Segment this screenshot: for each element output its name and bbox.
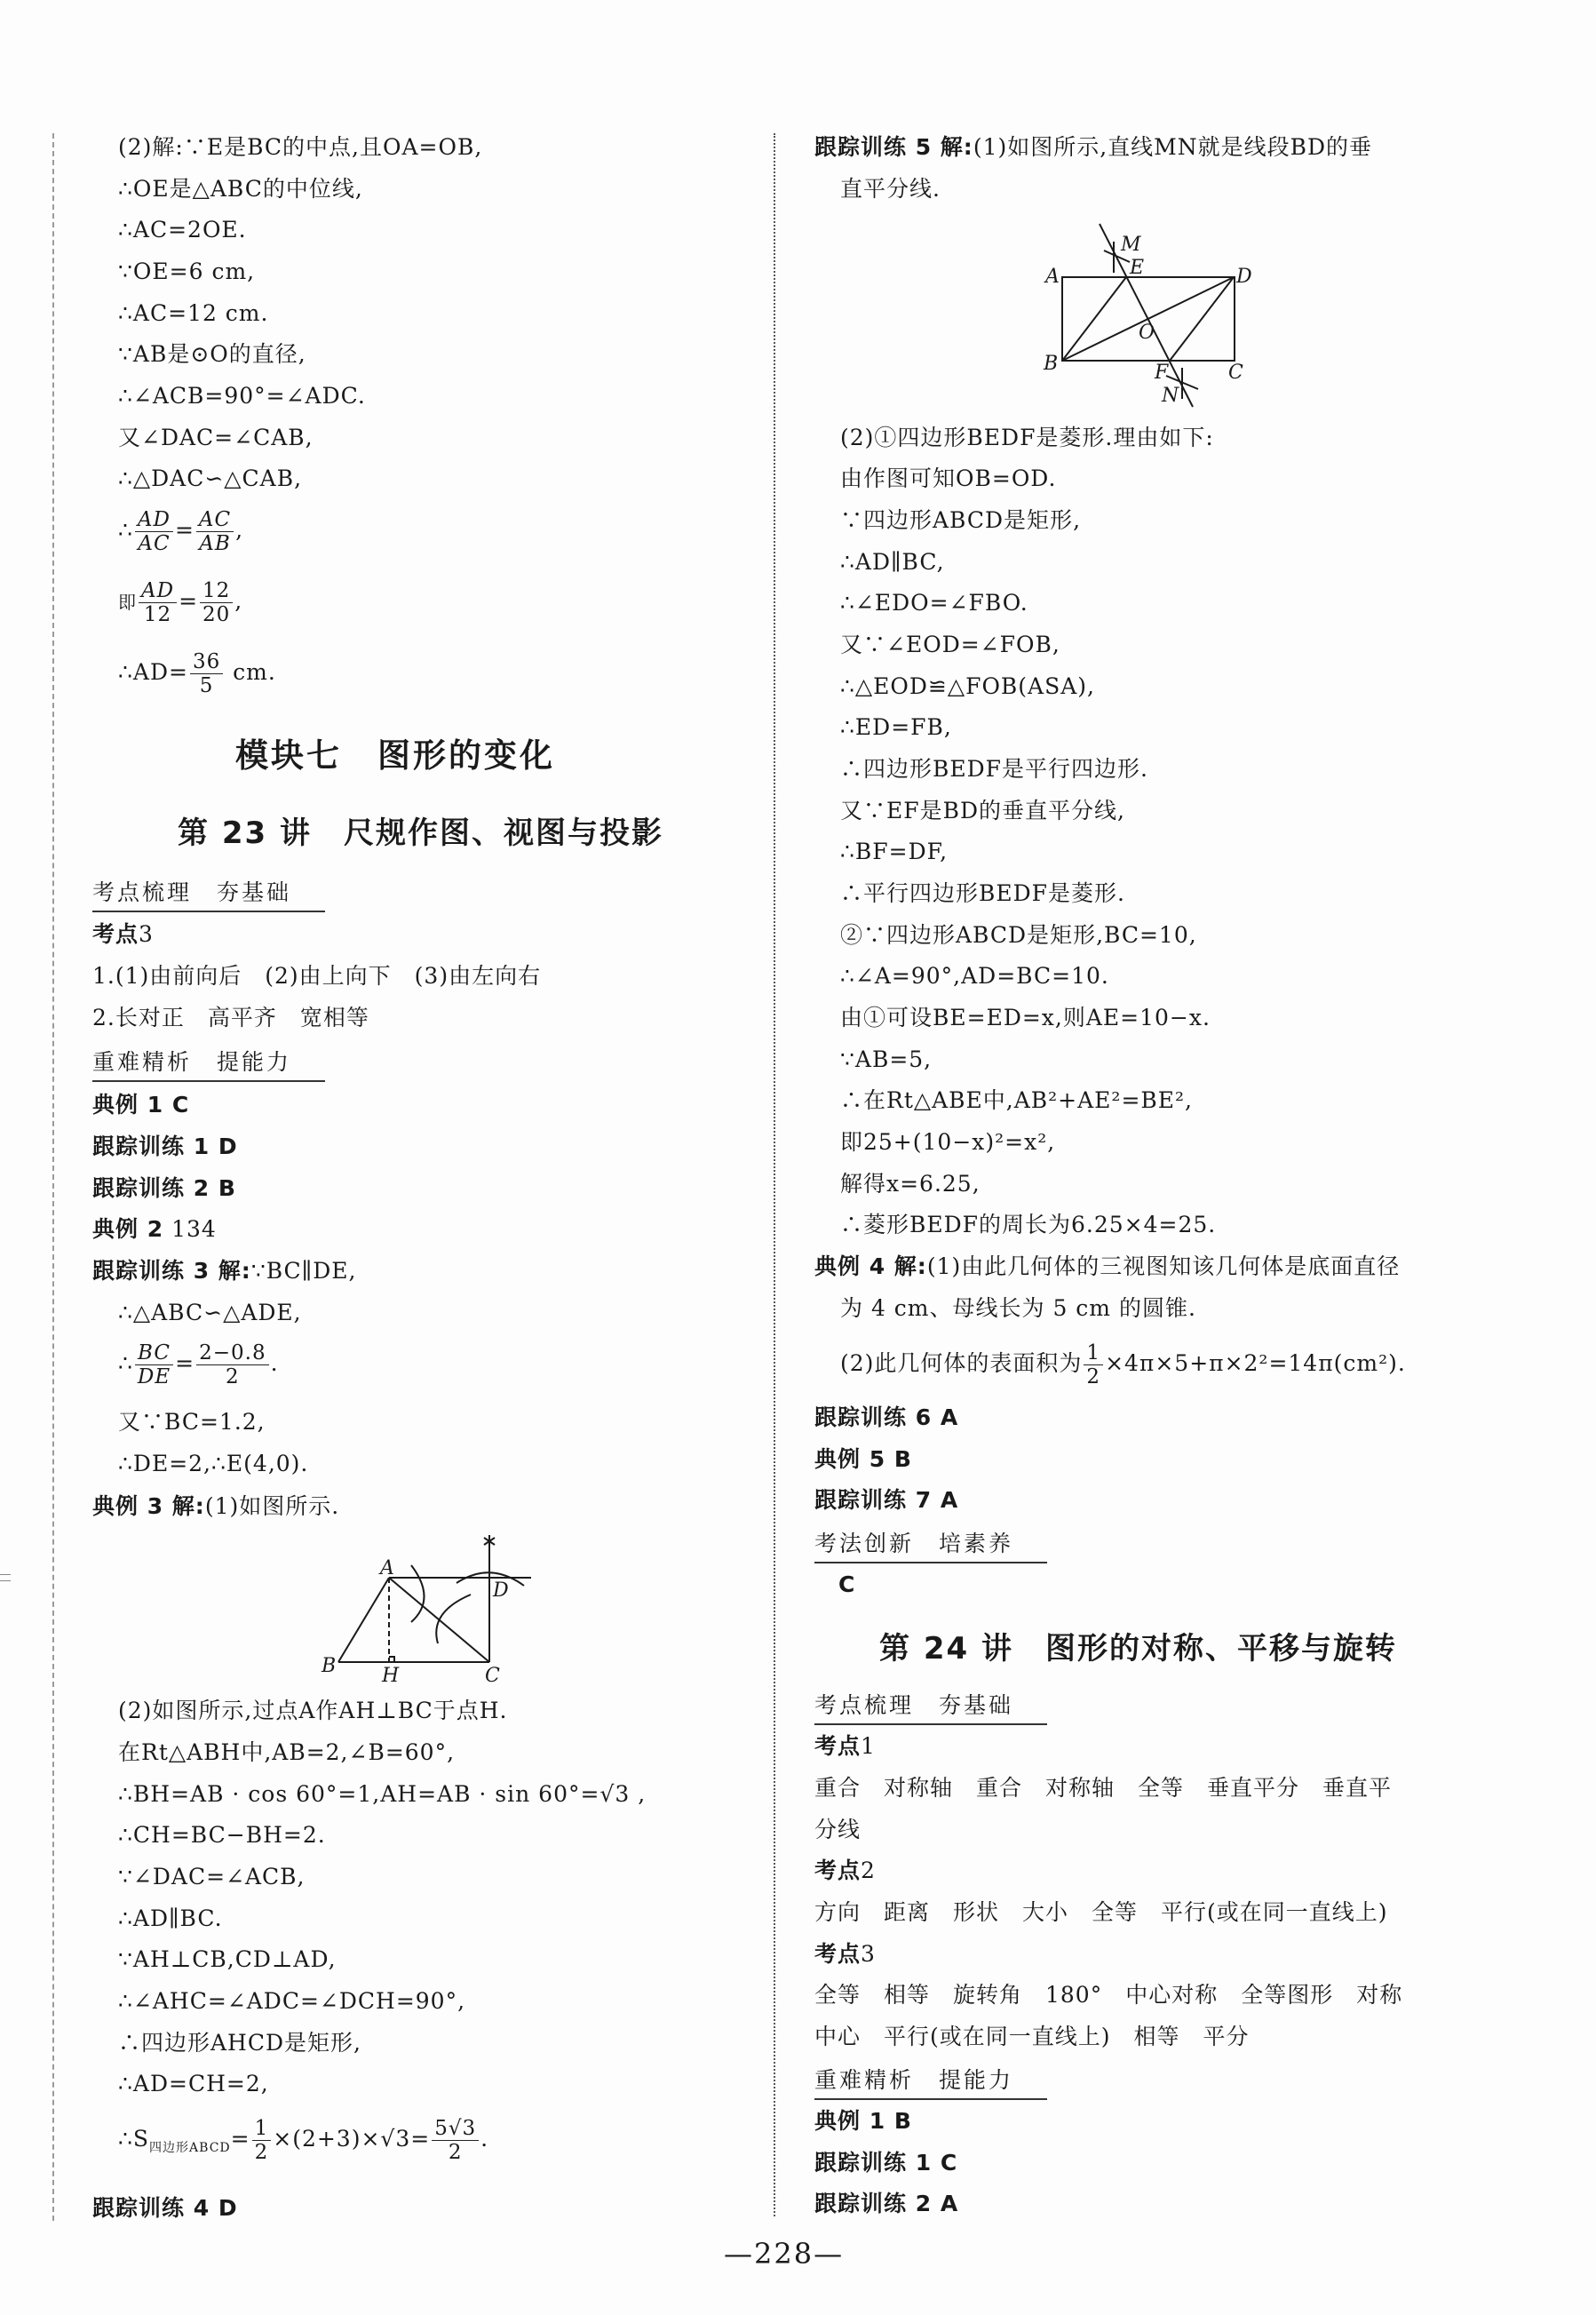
lesson-24-title: 第 24 讲 图形的对称、平移与旋转: [879, 1624, 1397, 1667]
solution-line: 又∵∠EOD=∠FOB,: [840, 631, 1060, 659]
svg-text:A: A: [1044, 266, 1060, 288]
solution-line: ∴菱形BEDF的周长为6.25×4=25.: [840, 1211, 1216, 1239]
solution-line: 即25+(10−x)²=x²,: [840, 1128, 1055, 1157]
surface-area-equation: (2)此几何体的表面积为12×4π×5+π×2²=14π(cm²).: [840, 1341, 1406, 1388]
svg-text:D: D: [1235, 266, 1252, 288]
answer-item: 典例 1 B: [814, 2107, 912, 2136]
solution-line: 解得x=6.25,: [840, 1170, 981, 1198]
svg-text:E: E: [1129, 257, 1144, 279]
kaodian-2: 考点2: [814, 1857, 876, 1885]
kaodian-3-text: 全等 相等 旋转角 180° 中心对称 全等图形 对称: [814, 1981, 1402, 2009]
page-number: —228—: [724, 2237, 844, 2271]
answer-item: 跟踪训练 2 A: [814, 2190, 958, 2218]
solution-line: ∴BF=DF,: [840, 838, 948, 866]
solution-line: ∴∠A=90°,AD=BC=10.: [840, 962, 1109, 990]
section-innovation-heading: 考法创新 培素养: [814, 1526, 1047, 1563]
solution-line: ∵AB=5,: [840, 1046, 932, 1074]
answer-item: 典例 5 B: [814, 1445, 912, 1474]
fraction: 12: [1084, 1341, 1103, 1388]
solution-line: 由①可设BE=ED=x,则AE=10−x.: [840, 1004, 1211, 1032]
section-basics-heading: 考点梳理 夯基础: [814, 1688, 1047, 1725]
innovation-answer: C: [838, 1571, 855, 1599]
solution-line: ∴AD∥BC,: [840, 548, 945, 577]
svg-text:B: B: [1043, 353, 1058, 375]
kaodian-3: 考点3: [814, 1940, 876, 1969]
solution-line: ∴∠EDO=∠FBO.: [840, 589, 1028, 617]
kaodian-3-text-cont: 中心 平行(或在同一直线上) 相等 平分: [814, 2023, 1250, 2051]
answer-item: 跟踪训练 6 A: [814, 1404, 958, 1432]
answer-item: 跟踪训练 1 C: [814, 2149, 957, 2177]
solution-line: ∴ED=FB,: [840, 713, 952, 742]
solution-line: ∴在Rt△ABE中,AB²+AE²=BE²,: [840, 1086, 1193, 1115]
solution-line: (2)①四边形BEDF是菱形.理由如下:: [840, 424, 1214, 452]
kaodian-1: 考点1: [814, 1732, 876, 1761]
solution-line: ∴平行四边形BEDF是菱形.: [840, 879, 1125, 908]
solution-line: ∴△EOD≌△FOB(ASA),: [840, 672, 1095, 701]
solution-line: 由作图可知OB=OD.: [840, 465, 1056, 493]
kaodian-1-text-cont: 分线: [814, 1816, 861, 1844]
svg-text:C: C: [1228, 362, 1243, 384]
kaodian-2-text: 方向 距离 形状 大小 全等 平行(或在同一直线上): [814, 1898, 1388, 1927]
kaodian-1-text: 重合 对称轴 重合 对称轴 全等 垂直平分 垂直平: [814, 1774, 1392, 1802]
svg-text:N: N: [1161, 385, 1179, 407]
answer-item: 跟踪训练 7 A: [814, 1486, 958, 1515]
solution-line: ∵四边形ABCD是矩形,: [840, 506, 1081, 535]
svg-text:O: O: [1139, 322, 1155, 344]
solution-line: ∴四边形BEDF是平行四边形.: [840, 755, 1148, 784]
rectangle-bisector-diagram: A D B C E M O F N: [0, 0, 1596, 2315]
svg-text:F: F: [1154, 362, 1169, 384]
solution-line: ②∵四边形ABCD是矩形,BC=10,: [840, 921, 1197, 950]
textbook-answer-page: (2)解:∵E是BC的中点,且OA=OB, ∴OE是△ABC的中位线, ∴AC=…: [0, 0, 1596, 2315]
section-ability-heading: 重难精析 提能力: [814, 2063, 1047, 2100]
example-4-solution: 典例 4 解:(1)由此几何体的三视图知该几何体是底面直径: [814, 1253, 1400, 1281]
svg-text:M: M: [1120, 234, 1141, 256]
solution-line: 又∵EF是BD的垂直平分线,: [840, 797, 1125, 825]
solution-line: 为 4 cm、母线长为 5 cm 的圆锥.: [840, 1294, 1196, 1323]
